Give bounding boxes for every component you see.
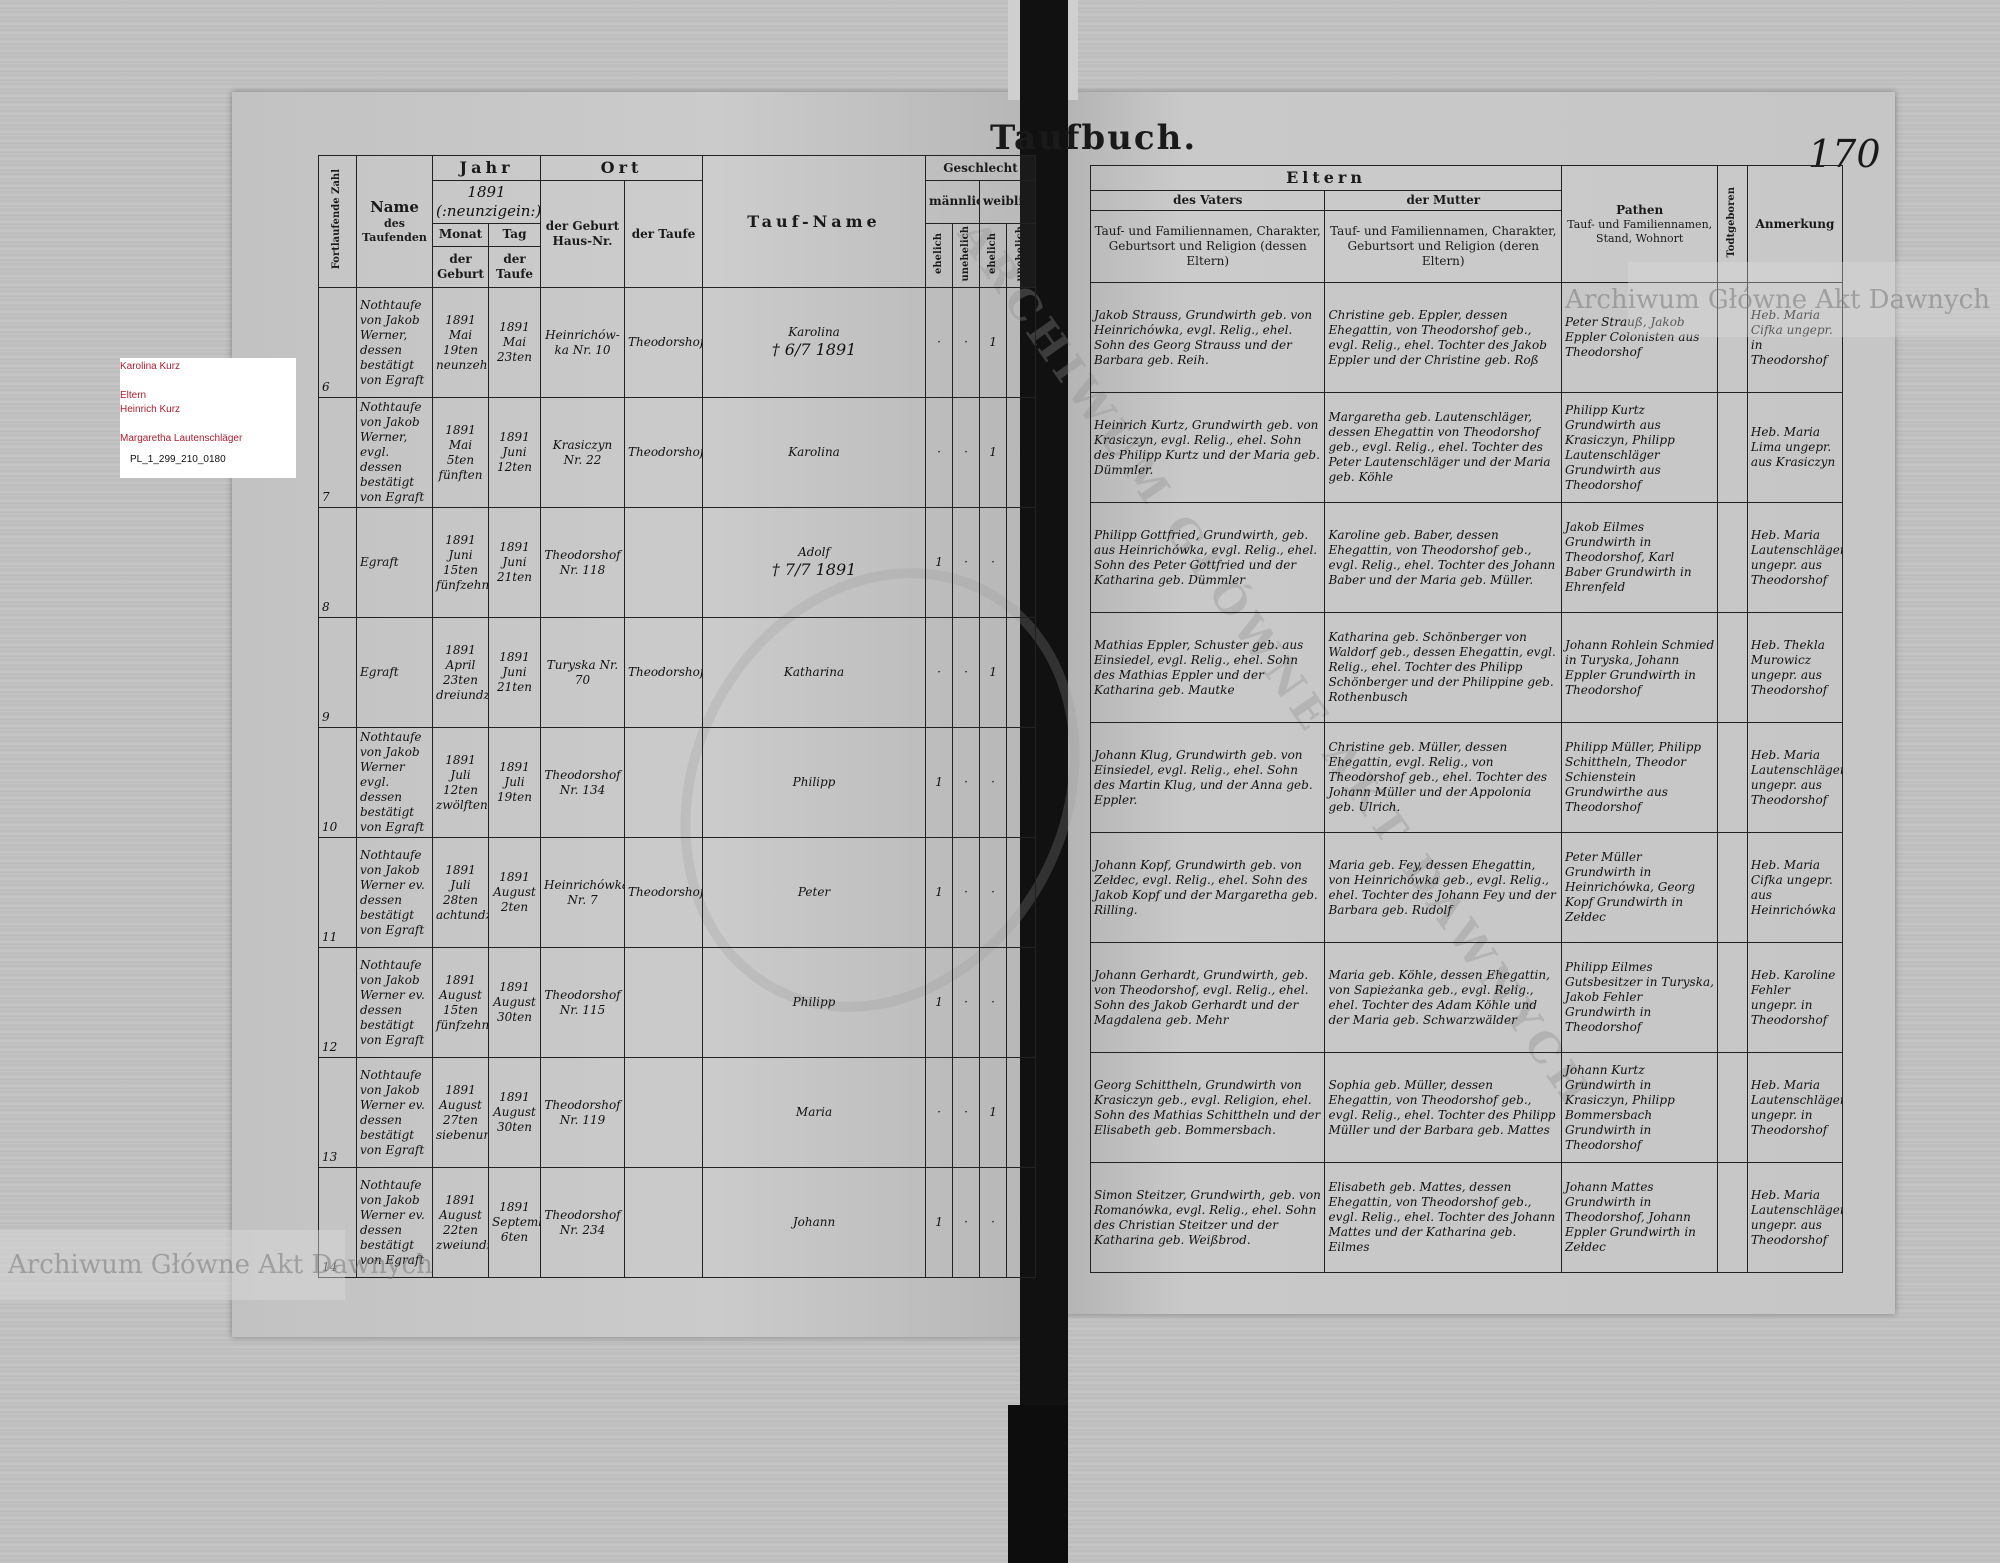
female-illegitimate: · [1007, 398, 1036, 508]
left-register-table: Fortlaufende Zahl Namedes Taufenden Jahr… [318, 155, 1036, 1278]
table-row: 13Nothtaufe von Jakob Werner ev. dessen … [319, 1058, 1036, 1168]
female-legitimate: 1 [980, 1058, 1007, 1168]
male-illegitimate: · [953, 508, 980, 618]
female-illegitimate: · [1007, 1058, 1036, 1168]
birth-date: 1891 Mai 5ten fünften [433, 398, 489, 508]
birth-place: Theodorshof Nr. 119 [541, 1058, 625, 1168]
baptism-date: 1891 Juli 19ten [489, 728, 541, 838]
male-illegitimate: · [953, 838, 980, 948]
male-legitimate: 1 [926, 948, 953, 1058]
baptism-place: Theodorshof [625, 398, 703, 508]
birth-place: Theodorshof Nr. 234 [541, 1168, 625, 1278]
register-title: Taufbuch. [990, 118, 1197, 158]
male-legitimate: · [926, 1058, 953, 1168]
baptism-place: Theodorshof [625, 288, 703, 398]
mother-details: Margaretha geb. Lautenschläger, dessen E… [1325, 393, 1562, 503]
female-legitimate: · [980, 1168, 1007, 1278]
baptizer: Egraft [357, 508, 433, 618]
male-illegitimate: · [953, 288, 980, 398]
birth-date: 1891 August 15ten fünfzehnten [433, 948, 489, 1058]
female-legitimate: · [980, 838, 1007, 948]
father-details: Heinrich Kurtz, Grundwirth geb. von Kras… [1091, 393, 1325, 503]
godparents: Peter Müller Grundwirth in Heinrichówka,… [1562, 833, 1718, 943]
entry-number: 7 [319, 398, 357, 508]
female-legitimate: · [980, 508, 1007, 618]
baptizer: Egraft [357, 618, 433, 728]
birth-place: Heinrichów-ka Nr. 10 [541, 288, 625, 398]
entry-number: 12 [319, 948, 357, 1058]
watermark-left: Archiwum Główne Akt Dawnych [0, 1230, 345, 1300]
annotation-child-name: Karolina Kurz [120, 361, 180, 372]
father-details: Simon Steitzer, Grundwirth, geb. von Rom… [1091, 1163, 1325, 1273]
mother-details: Sophia geb. Müller, dessen Ehegattin, vo… [1325, 1053, 1562, 1163]
male-legitimate: 1 [926, 728, 953, 838]
baptismal-name: Karolina [703, 398, 926, 508]
stillborn-cell [1718, 1053, 1748, 1163]
table-row: Johann Kopf, Grundwirth geb. von Zełdec,… [1091, 833, 1843, 943]
header-eltern: Eltern [1091, 166, 1562, 191]
female-illegitimate: · [1007, 288, 1036, 398]
table-row: 10Nothtaufe von Jakob Werner evgl. desse… [319, 728, 1036, 838]
father-details: Georg Schittheln, Grundwirth von Krasicz… [1091, 1053, 1325, 1163]
table-row: Philipp Gottfried, Grundwirth, geb. aus … [1091, 503, 1843, 613]
baptism-place [625, 508, 703, 618]
father-details: Mathias Eppler, Schuster geb. aus Einsie… [1091, 613, 1325, 723]
father-details: Jakob Strauss, Grundwirth geb. von Heinr… [1091, 283, 1325, 393]
header-vater-sub: Tauf- und Familiennamen, Charakter, Gebu… [1091, 211, 1325, 283]
godparents: Johann Kurtz Grundwirth in Krasiczyn, Ph… [1562, 1053, 1718, 1163]
header-w-ehelich: ehelich [980, 223, 1007, 288]
godparents: Philipp Kurtz Grundwirth aus Krasiczyn, … [1562, 393, 1718, 503]
header-jahr: Jahr [433, 156, 541, 181]
header-der-taufe: der Taufe [489, 246, 541, 287]
birth-date: 1891 August 27ten siebenundzwanzigsten [433, 1058, 489, 1168]
baptism-date: 1891 August 30ten [489, 1058, 541, 1168]
header-m-ehelich: ehelich [926, 223, 953, 288]
header-maennlich: männlich [926, 181, 980, 224]
remarks: Heb. Maria Lautenschläger ungepr. in The… [1747, 1053, 1842, 1163]
baptismal-name: Maria [703, 1058, 926, 1168]
baptism-date: 1891 August 2ten [489, 838, 541, 948]
remarks: Heb. Maria Lautenschläger ungepr. aus Th… [1747, 503, 1842, 613]
baptism-place [625, 1058, 703, 1168]
remarks: Heb. Thekla Murowicz ungepr. aus Theodor… [1747, 613, 1842, 723]
male-illegitimate: · [953, 1058, 980, 1168]
header-nr: Fortlaufende Zahl [319, 156, 357, 288]
stillborn-cell [1718, 1163, 1748, 1273]
baptizer: Nothtaufe von Jakob Werner ev. dessen be… [357, 838, 433, 948]
stillborn-cell [1718, 393, 1748, 503]
baptizer: Nothtaufe von Jakob Werner ev. dessen be… [357, 948, 433, 1058]
godparents: Philipp Müller, Philipp Schittheln, Theo… [1562, 723, 1718, 833]
baptizer: Nothtaufe von Jakob Werner, dessen bestä… [357, 288, 433, 398]
birth-date: 1891 Mai 19ten neunzehnten [433, 288, 489, 398]
header-name: Namedes Taufenden [357, 156, 433, 288]
male-illegitimate: · [953, 1168, 980, 1278]
birth-date: 1891 Juli 28ten achtundzwanzigsten [433, 838, 489, 948]
father-details: Johann Kopf, Grundwirth geb. von Zełdec,… [1091, 833, 1325, 943]
table-row: 11Nothtaufe von Jakob Werner ev. dessen … [319, 838, 1036, 948]
baptism-place [625, 948, 703, 1058]
entry-number: 13 [319, 1058, 357, 1168]
birth-date: 1891 April 23ten dreiundzwanzigsten [433, 618, 489, 728]
header-weiblich: weiblich [980, 181, 1036, 224]
entry-number: 9 [319, 618, 357, 728]
header-ort: Ort [541, 156, 703, 181]
male-legitimate: 1 [926, 508, 953, 618]
table-row: 12Nothtaufe von Jakob Werner ev. dessen … [319, 948, 1036, 1058]
father-details: Philipp Gottfried, Grundwirth, geb. aus … [1091, 503, 1325, 613]
male-illegitimate: · [953, 398, 980, 508]
father-details: Johann Gerhardt, Grundwirth, geb. von Th… [1091, 943, 1325, 1053]
male-legitimate: 1 [926, 838, 953, 948]
entry-number: 6 [319, 288, 357, 398]
header-mutter-sub: Tauf- und Familiennamen, Charakter, Gebu… [1325, 211, 1562, 283]
mother-details: Karoline geb. Baber, dessen Ehegattin, v… [1325, 503, 1562, 613]
stillborn-cell [1718, 723, 1748, 833]
entry-number: 10 [319, 728, 357, 838]
baptism-date: 1891 Juni 12ten [489, 398, 541, 508]
stillborn-cell [1718, 943, 1748, 1053]
mother-details: Christine geb. Müller, dessen Ehegattin,… [1325, 723, 1562, 833]
table-row: 6Nothtaufe von Jakob Werner, dessen best… [319, 288, 1036, 398]
female-illegitimate: · [1007, 948, 1036, 1058]
header-geschlecht: Geschlecht [926, 156, 1036, 181]
male-illegitimate: · [953, 728, 980, 838]
record-annotation-box: Karolina Kurz Eltern Heinrich Kurz Marga… [120, 358, 296, 478]
stillborn-cell [1718, 503, 1748, 613]
stillborn-cell [1718, 613, 1748, 723]
female-illegitimate: · [1007, 838, 1036, 948]
header-m-unehelich: unehelich [953, 223, 980, 288]
godparents: Philipp Eilmes Gutsbesitzer in Turyska, … [1562, 943, 1718, 1053]
annotation-father: Heinrich Kurz [120, 404, 180, 415]
baptism-place [625, 728, 703, 838]
baptismal-name: Philipp [703, 728, 926, 838]
female-legitimate: 1 [980, 288, 1007, 398]
header-w-unehelich: unehelich [1007, 223, 1036, 288]
female-legitimate: 1 [980, 398, 1007, 508]
baptismal-name: Karolina† 6/7 1891 [703, 288, 926, 398]
remarks: Heb. Maria Lautenschläger ungepr. aus Th… [1747, 723, 1842, 833]
female-legitimate: 1 [980, 618, 1007, 728]
baptismal-name: Philipp [703, 948, 926, 1058]
birth-date: 1891 Juni 15ten fünfzehnten [433, 508, 489, 618]
male-legitimate: · [926, 288, 953, 398]
spine-lower [1008, 1405, 1068, 1563]
male-legitimate: · [926, 398, 953, 508]
table-row: Johann Klug, Grundwirth geb. von Einsied… [1091, 723, 1843, 833]
baptism-place [625, 1168, 703, 1278]
female-illegitimate: · [1007, 508, 1036, 618]
table-row: Georg Schittheln, Grundwirth von Krasicz… [1091, 1053, 1843, 1163]
header-mutter: der Mutter [1325, 191, 1562, 211]
header-der-geburt: der Geburt [433, 246, 489, 287]
table-row: 9Egraft1891 April 23ten dreiundzwanzigst… [319, 618, 1036, 728]
godparents: Johann Mattes Grundwirth in Theodorshof,… [1562, 1163, 1718, 1273]
mother-details: Katharina geb. Schönberger von Waldorf g… [1325, 613, 1562, 723]
baptismal-name: Johann [703, 1168, 926, 1278]
baptism-date: 1891 Juni 21ten [489, 508, 541, 618]
female-illegitimate: · [1007, 618, 1036, 728]
female-illegitimate: · [1007, 1168, 1036, 1278]
baptismal-name: Katharina [703, 618, 926, 728]
remarks: Heb. Maria Cifka ungepr. aus Heinrichówk… [1747, 833, 1842, 943]
baptism-place: Theodorshof [625, 618, 703, 728]
female-legitimate: · [980, 948, 1007, 1058]
female-legitimate: · [980, 728, 1007, 838]
header-tag: Tag [489, 223, 541, 246]
table-row: 7Nothtaufe von Jakob Werner, evgl. desse… [319, 398, 1036, 508]
mother-details: Maria geb. Fey, dessen Ehegattin, von He… [1325, 833, 1562, 943]
mother-details: Maria geb. Köhle, dessen Ehegattin, von … [1325, 943, 1562, 1053]
male-legitimate: · [926, 618, 953, 728]
table-row: Simon Steitzer, Grundwirth, geb. von Rom… [1091, 1163, 1843, 1273]
birth-date: 1891 August 22ten zweiundzwanzigsten [433, 1168, 489, 1278]
father-details: Johann Klug, Grundwirth geb. von Einsied… [1091, 723, 1325, 833]
header-taufname: Tauf-Name [703, 156, 926, 288]
birth-place: Theodorshof Nr. 134 [541, 728, 625, 838]
birth-place: Heinrichówka Nr. 7 [541, 838, 625, 948]
baptism-date: 1891 September 6ten [489, 1168, 541, 1278]
male-legitimate: 1 [926, 1168, 953, 1278]
entry-number: 11 [319, 838, 357, 948]
mother-details: Elisabeth geb. Mattes, dessen Ehegattin,… [1325, 1163, 1562, 1273]
annotation-record-id: PL_1_299_210_0180 [130, 454, 226, 465]
godparents: Johann Rohlein Schmied in Turyska, Johan… [1562, 613, 1718, 723]
year-value: 1891 (:neunzigein:) [433, 181, 541, 224]
table-row: 8Egraft1891 Juni 15ten fünfzehnten1891 J… [319, 508, 1036, 618]
birth-place: Theodorshof Nr. 115 [541, 948, 625, 1058]
birth-place: Turyska Nr. 70 [541, 618, 625, 728]
entry-number: 8 [319, 508, 357, 618]
remarks: Heb. Maria Lautenschläger ungepr. aus Th… [1747, 1163, 1842, 1273]
baptism-date: 1891 Mai 23ten [489, 288, 541, 398]
table-row: Heinrich Kurtz, Grundwirth geb. von Kras… [1091, 393, 1843, 503]
male-illegitimate: · [953, 948, 980, 1058]
header-monat: Monat [433, 223, 489, 246]
godparents: Jakob Eilmes Grundwirth in Theodorshof, … [1562, 503, 1718, 613]
male-illegitimate: · [953, 618, 980, 728]
baptizer: Nothtaufe von Jakob Werner ev. dessen be… [357, 1058, 433, 1168]
table-row: Mathias Eppler, Schuster geb. aus Einsie… [1091, 613, 1843, 723]
baptism-date: 1891 Juni 21ten [489, 618, 541, 728]
header-ort-geburt: der Geburt Haus-Nr. [541, 181, 625, 288]
birth-place: Theodorshof Nr. 118 [541, 508, 625, 618]
birth-place: Krasiczyn Nr. 22 [541, 398, 625, 508]
mother-details: Christine geb. Eppler, dessen Ehegattin,… [1325, 283, 1562, 393]
header-vater: des Vaters [1091, 191, 1325, 211]
annotation-parents-label: Eltern [120, 390, 146, 401]
baptismal-name: Peter [703, 838, 926, 948]
stillborn-cell [1718, 833, 1748, 943]
baptizer: Nothtaufe von Jakob Werner evgl. dessen … [357, 728, 433, 838]
remarks: Heb. Maria Lima ungepr. aus Krasiczyn [1747, 393, 1842, 503]
baptismal-name: Adolf† 7/7 1891 [703, 508, 926, 618]
watermark-right: Archiwum Główne Akt Dawnych [1628, 262, 2000, 337]
baptism-date: 1891 August 30ten [489, 948, 541, 1058]
annotation-mother: Margaretha Lautenschläger [120, 433, 242, 444]
baptism-place: Theodorshof [625, 838, 703, 948]
table-row: Johann Gerhardt, Grundwirth, geb. von Th… [1091, 943, 1843, 1053]
birth-date: 1891 Juli 12ten zwölften [433, 728, 489, 838]
baptizer: Nothtaufe von Jakob Werner, evgl. dessen… [357, 398, 433, 508]
header-ort-taufe: der Taufe [625, 181, 703, 288]
female-illegitimate: · [1007, 728, 1036, 838]
remarks: Heb. Karoline Fehler ungepr. in Theodors… [1747, 943, 1842, 1053]
